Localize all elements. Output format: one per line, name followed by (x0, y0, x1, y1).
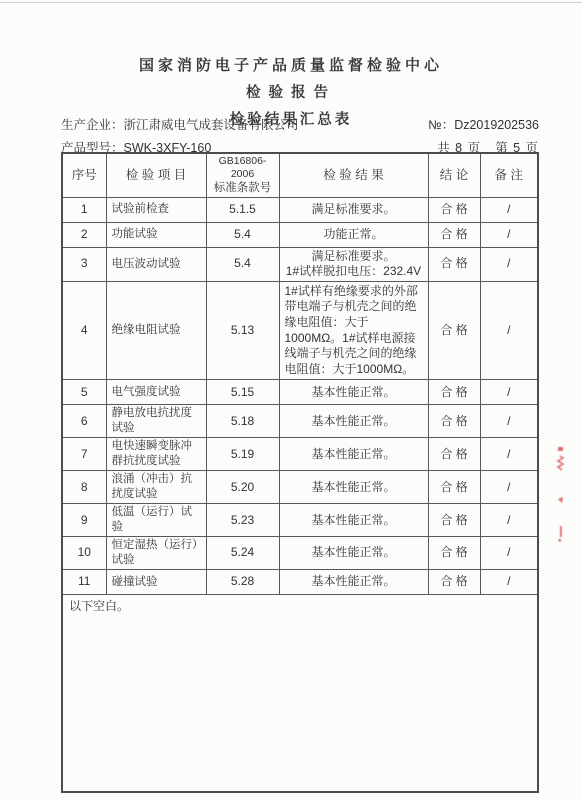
row-remark: / (480, 438, 538, 471)
row-clause: 5.15 (206, 380, 279, 405)
red-stamp-marks (552, 444, 572, 544)
producer-value: 浙江肃威电气成套设备有限公司 (124, 118, 299, 132)
row-result: 基本性能正常。 (279, 405, 428, 438)
row-verdict: 合 格 (428, 197, 480, 222)
row-no: 11 (62, 570, 106, 595)
row-clause: 5.13 (206, 281, 279, 380)
table-row: 11 碰撞试验 5.28 基本性能正常。 合 格 / (62, 570, 538, 595)
row-item: 恒定湿热（运行）试验 (106, 537, 206, 570)
row-result: 基本性能正常。 (279, 537, 428, 570)
row-clause: 5.20 (206, 471, 279, 504)
row-remark: / (480, 197, 538, 222)
col-header-result: 检 验 结 果 (279, 153, 428, 197)
row-remark: / (480, 537, 538, 570)
table-header-row: 序号 检 验 项 目 GB16806-2006 标准条款号 检 验 结 果 结 … (62, 153, 538, 197)
producer-line: 生产企业：浙江肃威电气成套设备有限公司 (61, 115, 299, 133)
row-verdict: 合 格 (428, 471, 480, 504)
table-row: 8 浪涌（冲击）抗扰度试验 5.20 基本性能正常。 合 格 / (62, 471, 538, 504)
row-verdict: 合 格 (428, 405, 480, 438)
row-result: 基本性能正常。 (279, 380, 428, 405)
row-remark: / (480, 247, 538, 281)
row-remark: / (480, 504, 538, 537)
results-table: 序号 检 验 项 目 GB16806-2006 标准条款号 检 验 结 果 结 … (61, 152, 539, 793)
col-header-no: 序号 (62, 153, 106, 197)
row-item: 电气强度试验 (106, 380, 206, 405)
row-item: 静电放电抗扰度试验 (106, 405, 206, 438)
row-verdict: 合 格 (428, 247, 480, 281)
row-verdict: 合 格 (428, 570, 480, 595)
row-clause: 5.4 (206, 247, 279, 281)
row-clause: 5.1.5 (206, 197, 279, 222)
row-verdict: 合 格 (428, 380, 480, 405)
table-row: 10 恒定湿热（运行）试验 5.24 基本性能正常。 合 格 / (62, 537, 538, 570)
row-no: 8 (62, 471, 106, 504)
row-result: 满足标准要求。 1#试样脱扣电压：232.4V (279, 247, 428, 281)
row-remark: / (480, 281, 538, 380)
row-item: 浪涌（冲击）抗扰度试验 (106, 471, 206, 504)
row-clause: 5.18 (206, 405, 279, 438)
row-no: 10 (62, 537, 106, 570)
row-remark: / (480, 570, 538, 595)
row-remark: / (480, 222, 538, 247)
row-no: 5 (62, 380, 106, 405)
row-remark: / (480, 405, 538, 438)
row-item: 试验前检查 (106, 197, 206, 222)
report-number: №：Dz2019202536 (428, 115, 539, 133)
row-result: 满足标准要求。 (279, 197, 428, 222)
row-item: 低温（运行）试验 (106, 504, 206, 537)
scan-edge-line (0, 2, 582, 3)
row-no: 2 (62, 222, 106, 247)
table-row: 1 试验前检查 5.1.5 满足标准要求。 合 格 / (62, 197, 538, 222)
row-result: 功能正常。 (279, 222, 428, 247)
row-result: 基本性能正常。 (279, 471, 428, 504)
row-remark: / (480, 471, 538, 504)
row-item: 电快速瞬变脉冲群抗扰度试验 (106, 438, 206, 471)
row-item: 功能试验 (106, 222, 206, 247)
org-title: 国家消防电子产品质量监督检验中心 (0, 54, 582, 75)
row-no: 4 (62, 281, 106, 380)
row-verdict: 合 格 (428, 504, 480, 537)
row-clause: 5.4 (206, 222, 279, 247)
row-clause: 5.19 (206, 438, 279, 471)
row-no: 3 (62, 247, 106, 281)
scanned-report-page: 国家消防电子产品质量监督检验中心 检验报告 检验结果汇总表 生产企业：浙江肃威电… (0, 0, 582, 800)
row-remark: / (480, 380, 538, 405)
row-no: 6 (62, 405, 106, 438)
row-result: 基本性能正常。 (279, 438, 428, 471)
row-no: 9 (62, 504, 106, 537)
blank-note: 以下空白。 (62, 595, 538, 793)
blank-note-row: 以下空白。 (62, 595, 538, 793)
table-row: 5 电气强度试验 5.15 基本性能正常。 合 格 / (62, 380, 538, 405)
table-row: 2 功能试验 5.4 功能正常。 合 格 / (62, 222, 538, 247)
table-row: 4 绝缘电阻试验 5.13 1#试样有绝缘要求的外部带电端子与机壳之间的绝缘电阻… (62, 281, 538, 380)
producer-label: 生产企业： (61, 118, 124, 132)
col-header-item: 检 验 项 目 (106, 153, 206, 197)
row-verdict: 合 格 (428, 537, 480, 570)
producer-row: 生产企业：浙江肃威电气成套设备有限公司 №：Dz2019202536 (61, 115, 539, 133)
row-verdict: 合 格 (428, 222, 480, 247)
report-title: 检验报告 (0, 81, 582, 102)
table-row: 7 电快速瞬变脉冲群抗扰度试验 5.19 基本性能正常。 合 格 / (62, 438, 538, 471)
row-item: 电压波动试验 (106, 247, 206, 281)
row-result: 1#试样有绝缘要求的外部带电端子与机壳之间的绝缘电阻值：大于1000MΩ。1#试… (279, 281, 428, 380)
table-row: 3 电压波动试验 5.4 满足标准要求。 1#试样脱扣电压：232.4V 合 格… (62, 247, 538, 281)
row-verdict: 合 格 (428, 438, 480, 471)
col-header-remark: 备 注 (480, 153, 538, 197)
row-result: 基本性能正常。 (279, 504, 428, 537)
row-item: 绝缘电阻试验 (106, 281, 206, 380)
row-no: 1 (62, 197, 106, 222)
row-verdict: 合 格 (428, 281, 480, 380)
row-clause: 5.24 (206, 537, 279, 570)
table-row: 6 静电放电抗扰度试验 5.18 基本性能正常。 合 格 / (62, 405, 538, 438)
col-header-verdict: 结 论 (428, 153, 480, 197)
table-row: 9 低温（运行）试验 5.23 基本性能正常。 合 格 / (62, 504, 538, 537)
col-header-clause: GB16806-2006 标准条款号 (206, 153, 279, 197)
col-header-clause-std: GB16806-2006 (209, 155, 277, 181)
row-item: 碰撞试验 (106, 570, 206, 595)
row-clause: 5.28 (206, 570, 279, 595)
row-clause: 5.23 (206, 504, 279, 537)
row-no: 7 (62, 438, 106, 471)
col-header-clause-no: 标准条款号 (209, 181, 277, 195)
row-result: 基本性能正常。 (279, 570, 428, 595)
